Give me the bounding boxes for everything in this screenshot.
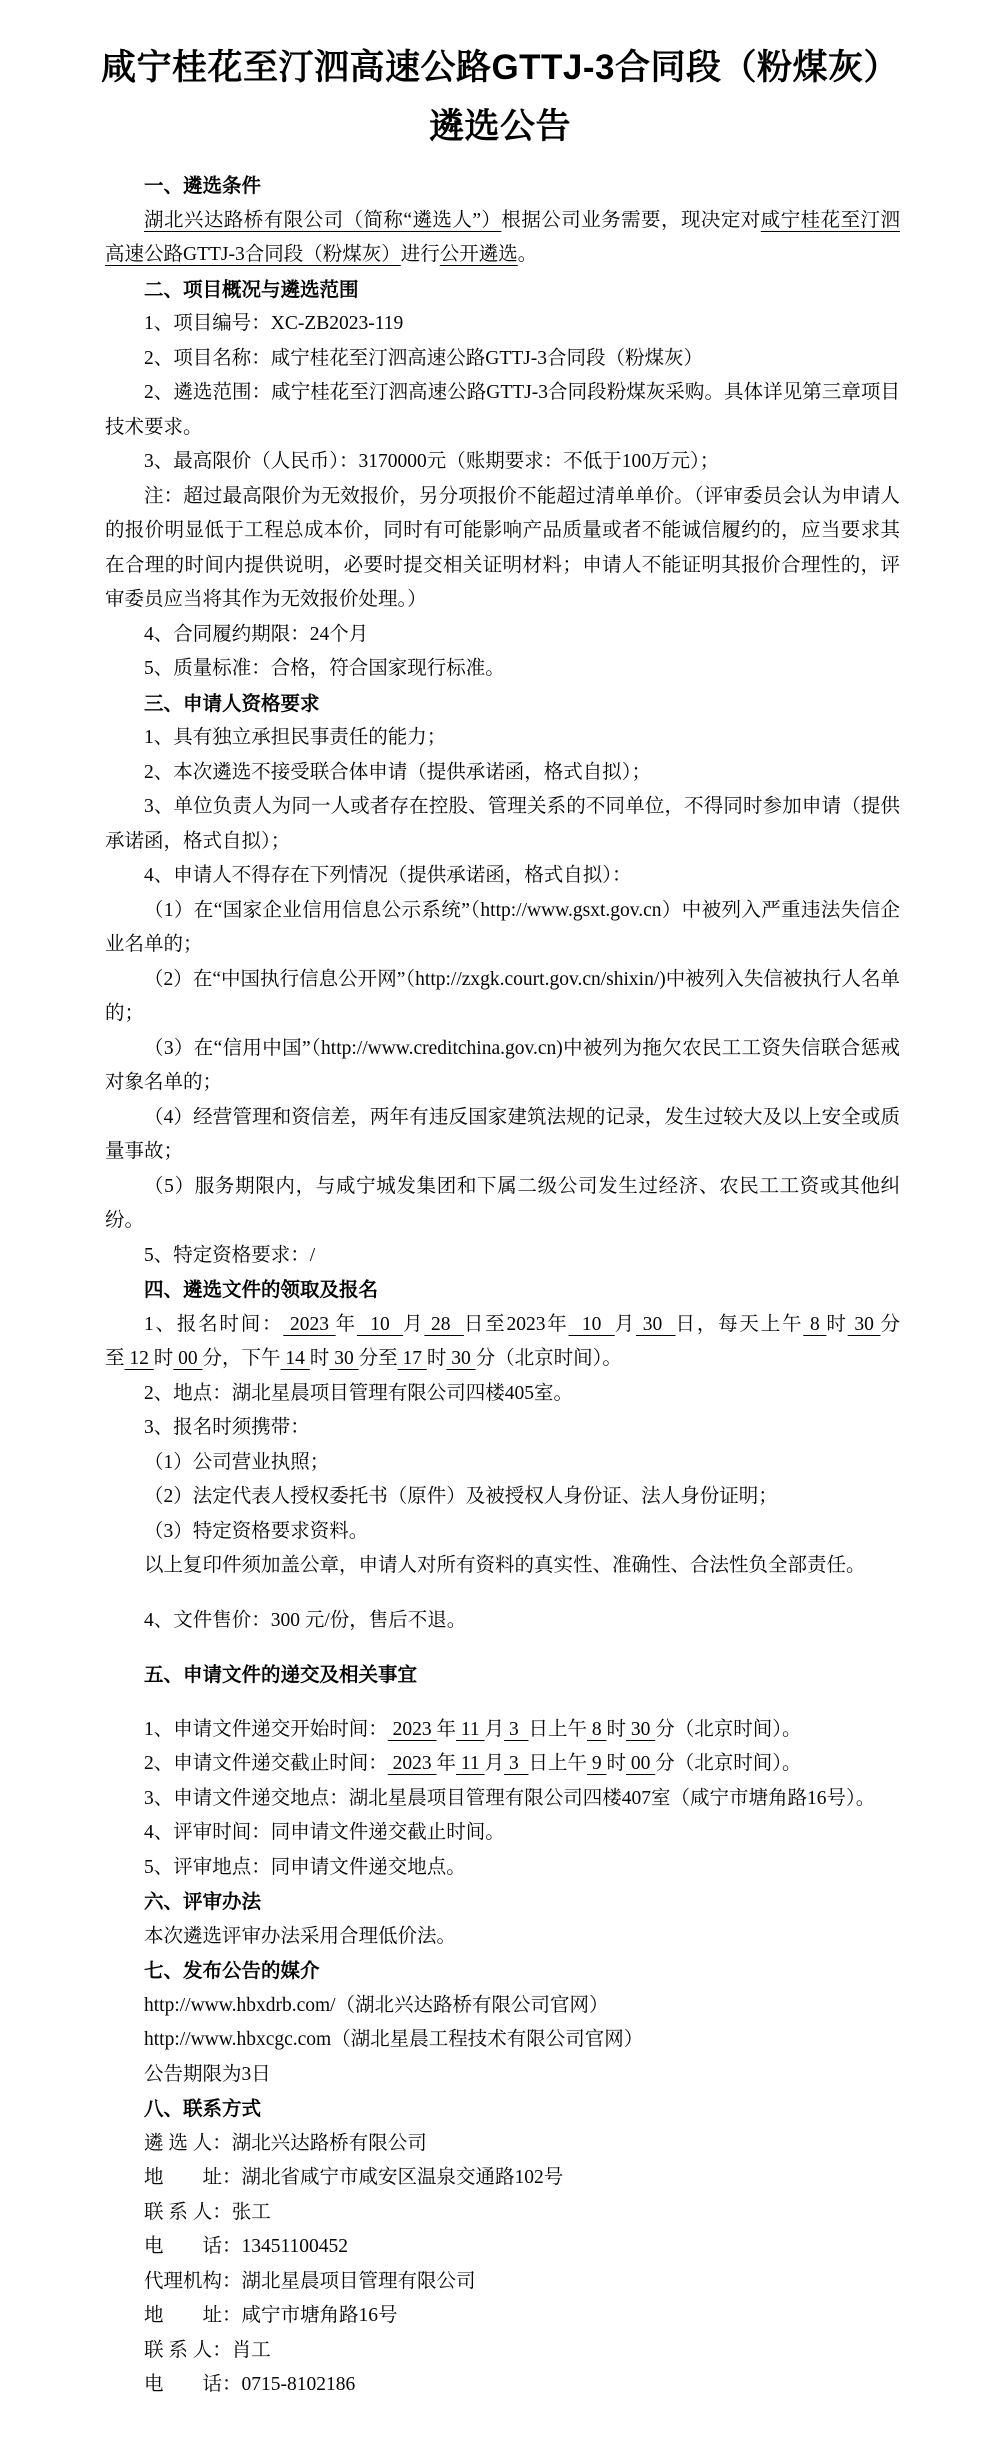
page-title: 咸宁桂花至汀泗高速公路GTTJ-3合同段（粉煤灰） 遴选公告 <box>0 0 1000 156</box>
underlined-text: 30 <box>329 1348 358 1369</box>
text-run: （3）在“信用中国”（http://www.creditchina.gov.cn… <box>105 1038 900 1094</box>
paragraph: 注：超过最高限价为无效报价，另分项报价不能超过清单单价。（评审委员会认为申请人的… <box>105 480 900 618</box>
paragraph: 2、申请文件递交截止时间： 2023 年 11 月 3 日上午 9 时 00 分… <box>105 1747 900 1782</box>
document-page: 咸宁桂花至汀泗高速公路GTTJ-3合同段（粉煤灰） 遴选公告 一、遴选条件湖北兴… <box>0 0 1000 2444</box>
underlined-text: 17 <box>398 1348 427 1369</box>
text-run: 时 <box>427 1348 447 1369</box>
underlined-text: 2023 <box>388 1753 437 1774</box>
underlined-text: 10 <box>569 1314 615 1335</box>
paragraph: 遴 选 人：湖北兴达路桥有限公司 <box>105 2127 900 2162</box>
text-run: 月 <box>485 1753 505 1774</box>
underlined-text: 8 <box>587 1719 607 1740</box>
underlined-text: 2023 <box>283 1314 335 1335</box>
text-run: 代理机构：湖北星晨项目管理有限公司 <box>144 2271 476 2292</box>
section-heading: 一、遴选条件 <box>105 169 900 204</box>
text-run: 日，每天上午 <box>676 1314 804 1335</box>
underlined-text: 00 <box>626 1753 655 1774</box>
paragraph: 5、评审地点：同申请文件递交地点。 <box>105 1851 900 1886</box>
text-run: 五、申请文件的递交及相关事宜 <box>144 1664 417 1686</box>
text-run: （4）经营管理和资信差，两年有违反国家建筑法规的记录，发生过较大及以上安全或质量… <box>105 1107 900 1163</box>
paragraph: 1、申请文件递交开始时间： 2023 年 11 月 3 日上午 8 时 30 分… <box>105 1713 900 1748</box>
text-run: 分（北京时间）。 <box>476 1348 622 1369</box>
underlined-text: 00 <box>173 1348 202 1369</box>
text-run: 4、文件售价：300 元/份，售后不退。 <box>144 1610 466 1631</box>
paragraph: 以上复印件须加盖公章，申请人对所有资料的真实性、准确性、合法性负全部责任。 <box>105 1549 900 1584</box>
paragraph: （5）服务期限内，与咸宁城发集团和下属二级公司发生过经济、农民工工资或其他纠纷。 <box>105 1170 900 1239</box>
section-heading: 四、遴选文件的领取及报名 <box>105 1273 900 1308</box>
text-run: 分至 <box>359 1348 398 1369</box>
text-run: （3）特定资格要求资料。 <box>144 1521 368 1542</box>
paragraph: 4、申请人不得存在下列情况（提供承诺函，格式自拟）： <box>105 859 900 894</box>
paragraph: 代理机构：湖北星晨项目管理有限公司 <box>105 2265 900 2300</box>
text-run: 月 <box>615 1314 636 1335</box>
text-run: 5、特定资格要求：/ <box>144 1245 315 1266</box>
text-run: http://www.hbxdrb.com/（湖北兴达路桥有限公司官网） <box>144 1995 609 2016</box>
text-run: 时 <box>310 1348 330 1369</box>
text-run: 地 址：咸宁市塘角路16号 <box>144 2305 398 2326</box>
text-run: 分（北京时间）。 <box>655 1753 801 1774</box>
text-run: 4、合同履约期限：24个月 <box>144 624 368 645</box>
text-run: 1、报名时间： <box>144 1314 283 1335</box>
text-run: 3、单位负责人为同一人或者存在控股、管理关系的不同单位，不得同时参加申请（提供承… <box>105 796 900 852</box>
text-run: 3、申请文件递交地点：湖北星晨项目管理有限公司四楼407室（咸宁市塘角路16号）… <box>144 1788 875 1809</box>
text-run: 1、具有独立承担民事责任的能力； <box>144 727 446 748</box>
paragraph: 3、申请文件递交地点：湖北星晨项目管理有限公司四楼407室（咸宁市塘角路16号）… <box>105 1782 900 1817</box>
text-run: 电 话：13451100452 <box>144 2236 348 2257</box>
text-run: 八、联系方式 <box>144 2098 261 2120</box>
text-run: 时 <box>606 1719 626 1740</box>
paragraph: 3、最高限价（人民币）：3170000元（账期要求：不低于100万元）； <box>105 445 900 480</box>
paragraph: （3）特定资格要求资料。 <box>105 1515 900 1550</box>
paragraph: 湖北兴达路桥有限公司（简称“遴选人”）根据公司业务需要，现决定对咸宁桂花至汀泗高… <box>105 204 900 273</box>
section-heading: 五、申请文件的递交及相关事宜 <box>105 1658 900 1693</box>
underlined-text: 公开遴选 <box>440 244 518 265</box>
paragraph: 4、评审时间：同申请文件递交截止时间。 <box>105 1816 900 1851</box>
text-run: 2、本次遴选不接受联合体申请（提供承诺函，格式自拟）； <box>144 762 651 783</box>
paragraph: 本次遴选评审办法采用合理低价法。 <box>105 1920 900 1955</box>
text-run: 时 <box>826 1314 847 1335</box>
underlined-text: 11 <box>456 1719 485 1740</box>
paragraph: 4、文件售价：300 元/份，售后不退。 <box>105 1604 900 1639</box>
text-run: （5）服务期限内，与咸宁城发集团和下属二级公司发生过经济、农民工工资或其他纠纷。 <box>105 1176 900 1232</box>
text-run: 联 系 人：肖工 <box>144 2340 271 2361</box>
text-run: http://www.hbxcgc.com（湖北星晨工程技术有限公司官网） <box>144 2029 643 2050</box>
text-run: 七、发布公告的媒介 <box>144 1960 320 1982</box>
text-run: 分，下午 <box>203 1348 281 1369</box>
paragraph: 公告期限为3日 <box>105 2058 900 2093</box>
paragraph: （1）公司营业执照； <box>105 1446 900 1481</box>
text-run: 注：超过最高限价为无效报价，另分项报价不能超过清单单价。（评审委员会认为申请人的… <box>105 486 900 611</box>
text-run: 1、项目编号：XC-ZB2023-119 <box>144 313 403 334</box>
text-run: 月 <box>485 1719 505 1740</box>
paragraph: （1）在“国家企业信用信息公示系统”（http://www.gsxt.gov.c… <box>105 894 900 963</box>
underlined-text: 14 <box>281 1348 310 1369</box>
section-heading: 二、项目概况与遴选范围 <box>105 273 900 308</box>
underlined-text: 3 <box>504 1753 528 1774</box>
text-run: 年 <box>336 1314 357 1335</box>
text-run: 5、评审地点：同申请文件递交地点。 <box>144 1857 466 1878</box>
text-run: 月 <box>403 1314 424 1335</box>
text-run: （1）公司营业执照； <box>144 1452 329 1473</box>
underlined-text: 9 <box>587 1753 607 1774</box>
paragraph: 电 话：0715-8102186 <box>105 2368 900 2403</box>
paragraph: 1、具有独立承担民事责任的能力； <box>105 721 900 756</box>
text-run: 2、地点：湖北星晨项目管理有限公司四楼405室。 <box>144 1383 573 1404</box>
text-run: 以上复印件须加盖公章，申请人对所有资料的真实性、准确性、合法性负全部责任。 <box>144 1555 866 1576</box>
text-run: 日上午 <box>528 1719 587 1740</box>
text-run: 3、报名时须携带： <box>144 1417 310 1438</box>
paragraph: 电 话：13451100452 <box>105 2230 900 2265</box>
underlined-text: 30 <box>636 1314 676 1335</box>
underlined-text: 30 <box>848 1314 881 1335</box>
text-run: 一、遴选条件 <box>144 175 261 197</box>
text-run: 时 <box>154 1348 174 1369</box>
text-run: 日至2023年 <box>464 1314 569 1335</box>
text-run: 1、申请文件递交开始时间： <box>144 1719 388 1740</box>
text-run: 。 <box>518 244 538 265</box>
text-run: 2、项目名称：咸宁桂花至汀泗高速公路GTTJ-3合同段（粉煤灰） <box>144 348 703 369</box>
text-run: 公告期限为3日 <box>144 2064 271 2085</box>
paragraph: 4、合同履约期限：24个月 <box>105 618 900 653</box>
text-run: （2）在“中国执行信息公开网”（http://zxgk.court.gov.cn… <box>105 969 900 1025</box>
section-heading: 三、申请人资格要求 <box>105 687 900 722</box>
paragraph: （3）在“信用中国”（http://www.creditchina.gov.cn… <box>105 1032 900 1101</box>
paragraph: http://www.hbxcgc.com（湖北星晨工程技术有限公司官网） <box>105 2023 900 2058</box>
text-run: 四、遴选文件的领取及报名 <box>144 1279 378 1301</box>
paragraph: （4）经营管理和资信差，两年有违反国家建筑法规的记录，发生过较大及以上安全或质量… <box>105 1101 900 1170</box>
paragraph: （2）在“中国执行信息公开网”（http://zxgk.court.gov.cn… <box>105 963 900 1032</box>
paragraph: 地 址：湖北省咸宁市咸安区温泉交通路102号 <box>105 2161 900 2196</box>
underlined-text: 湖北兴达路桥有限公司（简称“遴选人”） <box>144 210 501 231</box>
text-run: （1）在“国家企业信用信息公示系统”（http://www.gsxt.gov.c… <box>105 900 900 956</box>
underlined-text: 30 <box>626 1719 655 1740</box>
page-title-line2: 遴选公告 <box>50 97 950 156</box>
paragraph: 1、报名时间： 2023 年 10 月 28 日至2023年 10 月 30 日… <box>105 1308 900 1377</box>
text-run: 联 系 人：张工 <box>144 2202 271 2223</box>
section-heading: 八、联系方式 <box>105 2092 900 2127</box>
text-run: 本次遴选评审办法采用合理低价法。 <box>144 1926 456 1947</box>
underlined-text: 12 <box>125 1348 154 1369</box>
paragraph: 5、质量标准：合格，符合国家现行标准。 <box>105 652 900 687</box>
paragraph: 地 址：咸宁市塘角路16号 <box>105 2299 900 2334</box>
text-run: 日上午 <box>528 1753 587 1774</box>
text-run: 电 话：0715-8102186 <box>144 2374 355 2395</box>
text-run: 分（北京时间）。 <box>655 1719 801 1740</box>
text-run: 六、评审办法 <box>144 1891 261 1913</box>
text-run: 3、最高限价（人民币）：3170000元（账期要求：不低于100万元）； <box>144 451 719 472</box>
document-body: 一、遴选条件湖北兴达路桥有限公司（简称“遴选人”）根据公司业务需要，现决定对咸宁… <box>105 169 900 2403</box>
text-run: 2、申请文件递交截止时间： <box>144 1753 388 1774</box>
text-run: 进行 <box>401 244 440 265</box>
text-run: 根据公司业务需要，现决定对 <box>501 210 760 231</box>
paragraph: （2）法定代表人授权委托书（原件）及被授权人身份证、法人身份证明； <box>105 1480 900 1515</box>
section-heading: 七、发布公告的媒介 <box>105 1954 900 1989</box>
paragraph: 2、遴选范围：咸宁桂花至汀泗高速公路GTTJ-3合同段粉煤灰采购。具体详见第三章… <box>105 376 900 445</box>
paragraph: 联 系 人：张工 <box>105 2196 900 2231</box>
text-run: 4、申请人不得存在下列情况（提供承诺函，格式自拟）： <box>144 865 632 886</box>
text-run: 时 <box>606 1753 626 1774</box>
page-title-line1: 咸宁桂花至汀泗高速公路GTTJ-3合同段（粉煤灰） <box>50 38 950 97</box>
text-run: 2、遴选范围：咸宁桂花至汀泗高速公路GTTJ-3合同段粉煤灰采购。具体详见第三章… <box>105 382 900 438</box>
underlined-text: 2023 <box>388 1719 437 1740</box>
paragraph: 5、特定资格要求：/ <box>105 1239 900 1274</box>
text-run: 年 <box>437 1753 457 1774</box>
paragraph: 3、报名时须携带： <box>105 1411 900 1446</box>
underlined-text: 11 <box>456 1753 485 1774</box>
underlined-text: 10 <box>357 1314 403 1335</box>
paragraph: http://www.hbxdrb.com/（湖北兴达路桥有限公司官网） <box>105 1989 900 2024</box>
paragraph: 2、地点：湖北星晨项目管理有限公司四楼405室。 <box>105 1377 900 1412</box>
underlined-text: 30 <box>446 1348 475 1369</box>
section-heading: 六、评审办法 <box>105 1885 900 1920</box>
text-run: 三、申请人资格要求 <box>144 693 320 715</box>
text-run: （2）法定代表人授权委托书（原件）及被授权人身份证、法人身份证明； <box>144 1486 778 1507</box>
text-run: 5、质量标准：合格，符合国家现行标准。 <box>144 658 505 679</box>
text-run: 4、评审时间：同申请文件递交截止时间。 <box>144 1822 505 1843</box>
text-run: 二、项目概况与遴选范围 <box>144 279 359 301</box>
paragraph: 2、项目名称：咸宁桂花至汀泗高速公路GTTJ-3合同段（粉煤灰） <box>105 342 900 377</box>
text-run: 年 <box>437 1719 457 1740</box>
paragraph: 3、单位负责人为同一人或者存在控股、管理关系的不同单位，不得同时参加申请（提供承… <box>105 790 900 859</box>
text-run: 地 址：湖北省咸宁市咸安区温泉交通路102号 <box>144 2167 563 2188</box>
paragraph: 2、本次遴选不接受联合体申请（提供承诺函，格式自拟）； <box>105 756 900 791</box>
paragraph: 1、项目编号：XC-ZB2023-119 <box>105 307 900 342</box>
paragraph: 联 系 人：肖工 <box>105 2334 900 2369</box>
underlined-text: 3 <box>504 1719 528 1740</box>
underlined-text: 28 <box>424 1314 464 1335</box>
underlined-text: 8 <box>803 1314 826 1335</box>
text-run: 遴 选 人：湖北兴达路桥有限公司 <box>144 2133 427 2154</box>
